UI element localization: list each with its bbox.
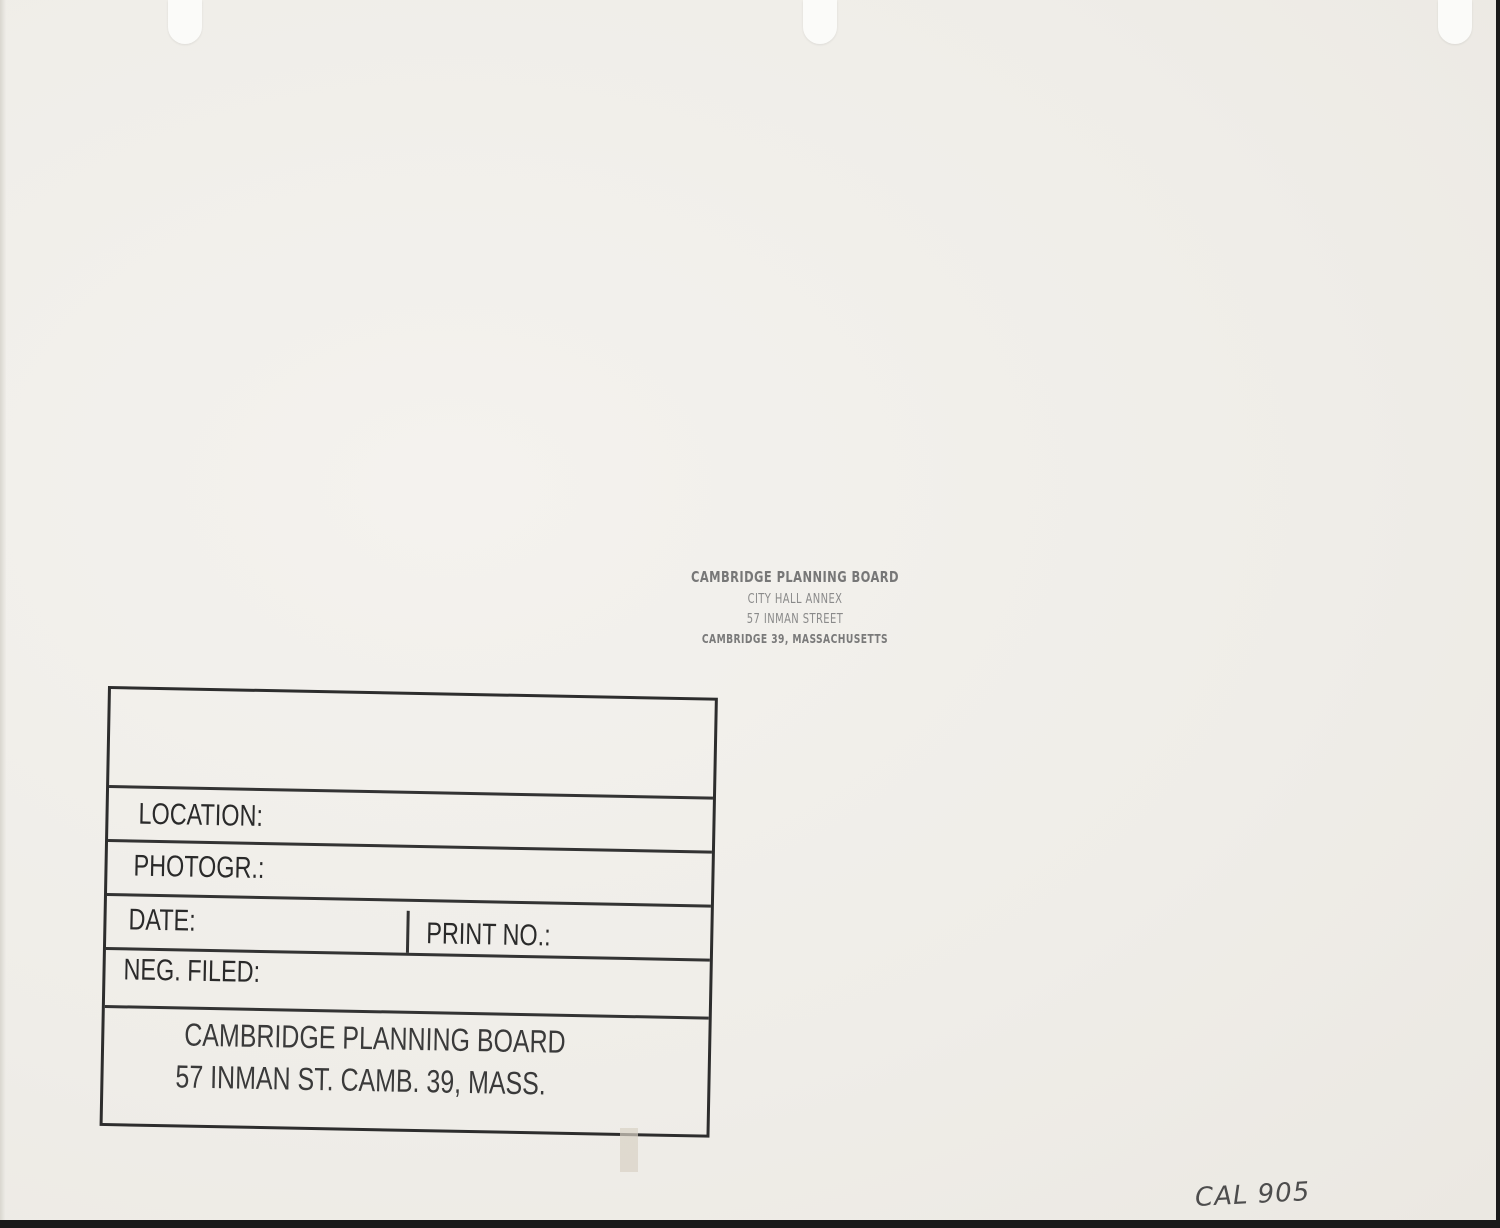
handwritten-catalog-number: CAL 905 — [1194, 1177, 1311, 1213]
tape-residue — [620, 1128, 638, 1172]
photo-back-paper: CAMBRIDGE PLANNING BOARD CITY HALL ANNEX… — [0, 0, 1496, 1220]
paper-edge — [0, 0, 6, 1220]
form-column-divider — [406, 911, 410, 953]
form-footer-address: 57 INMAN ST. CAMB. 39, MASS. — [175, 1058, 546, 1102]
stamp-street: 57 INMAN STREET — [680, 612, 910, 627]
form-divider — [107, 893, 711, 908]
neg-filed-label: NEG. FILED: — [123, 953, 260, 990]
binder-notch — [803, 0, 837, 44]
print-no-label: PRINT NO.: — [426, 917, 551, 953]
stamp-building: CITY HALL ANNEX — [680, 592, 910, 607]
photographer-label: PHOTOGR.: — [133, 850, 265, 887]
photo-record-form-stamp: LOCATION: PHOTOGR.: DATE: PRINT NO.: NEG… — [100, 686, 718, 1138]
form-divider — [109, 785, 713, 800]
stamp-city: CAMBRIDGE 39, MASSACHUSETTS — [680, 632, 910, 646]
binder-notch — [168, 0, 202, 44]
form-footer-org: CAMBRIDGE PLANNING BOARD — [184, 1017, 566, 1061]
binder-notch — [1438, 0, 1472, 44]
stamp-org-name: CAMBRIDGE PLANNING BOARD — [680, 568, 910, 586]
address-stamp: CAMBRIDGE PLANNING BOARD CITY HALL ANNEX… — [660, 568, 930, 646]
location-label: LOCATION: — [138, 798, 263, 834]
date-label: DATE: — [128, 903, 196, 938]
